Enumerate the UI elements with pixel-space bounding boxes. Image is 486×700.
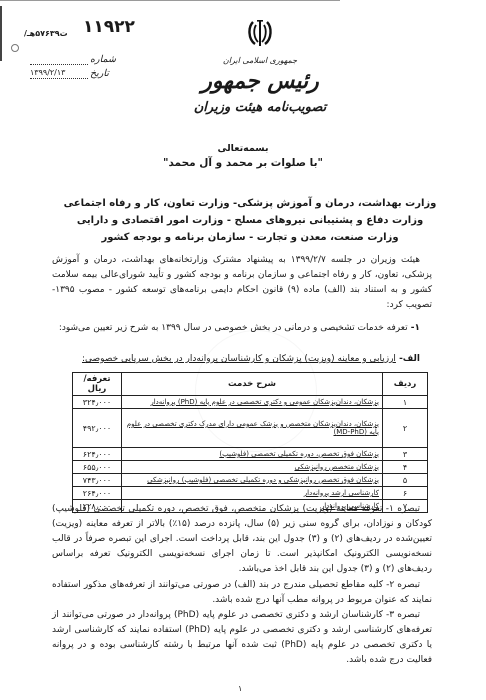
row-description: پزشکان فوق تخصص روانپزشکی و دوره تکمیلی … — [147, 476, 379, 484]
scan-top-border — [0, 0, 340, 4]
row-index: ۳ — [383, 448, 428, 461]
clause-alef-text: ارزیابی و معاینه (ویزیت) پزشکان و کارشنا… — [82, 354, 396, 364]
item-1-paragraph: ۱- تعرفه خدمات تشخیصی و درمانی در بخش خص… — [52, 321, 432, 336]
page-number: ۱ — [238, 684, 242, 693]
country-name: جمهوری اسلامی ایران — [0, 56, 486, 65]
scan-left-edge — [0, 6, 2, 61]
row-index: ۱ — [383, 396, 428, 409]
row-index: ۲ — [383, 409, 428, 448]
intro-paragraph: هیئت وزیران در جلسه ۱۳۹۹/۲/۷ به پیشنهاد … — [52, 253, 432, 313]
row-fee: ۲۶۴٫۰۰۰ — [73, 487, 122, 500]
iran-emblem-icon — [247, 18, 273, 48]
note-2: تبصره ۲- کلیه مقاطع تحصیلی مندرج در بند … — [52, 578, 432, 608]
reference-number: ۱۱۹۲۲ — [83, 17, 135, 37]
row-description: پزشکان فوق تخصص، دوره تکمیلی تخصصی (فلوش… — [219, 450, 379, 458]
punch-hole-icon — [11, 44, 19, 52]
row-description: پزشکان، دندان‌پزشکان متخصص و پزشک عمومی … — [127, 420, 379, 436]
office-title: رئیس جمهور — [0, 68, 486, 94]
reference-code: /ت۵۷۶۳۹هـ — [24, 29, 68, 38]
table-row: ۱ پزشکان، دندان‌پزشکان عمومی و دکتری تخص… — [73, 396, 428, 409]
row-fee: ۷۴۳٫۰۰۰ — [73, 474, 122, 487]
table-row: ۳ پزشکان فوق تخصص، دوره تکمیلی تخصصی (فل… — [73, 448, 428, 461]
row-fee: ۶۲۴٫۰۰۰ — [73, 448, 122, 461]
clause-alef-prefix: الف- — [396, 354, 420, 364]
item-1-prefix: ۱- — [408, 323, 420, 333]
row-description: پزشکان، دندان‌پزشکان عمومی و دکتری تخصصی… — [150, 398, 379, 406]
salawat: "با صلوات بر محمد و آل محمد" — [0, 157, 486, 169]
row-description: پزشکان متخصص روانپزشکی — [295, 463, 380, 471]
addressee-line: وزارت دفاع و پشتیبانی نیروهای مسلح - وزا… — [40, 212, 460, 229]
addressee-line: وزارت بهداشت، درمان و آموزش پزشکی- وزارت… — [40, 195, 460, 212]
clause-alef: الف- ارزیابی و معاینه (ویزیت) پزشکان و ک… — [52, 352, 432, 367]
table-row: ۵ پزشکان فوق تخصص روانپزشکی و دوره تکمیل… — [73, 474, 428, 487]
row-index: ۵ — [383, 474, 428, 487]
header-fee: تعرفه/ ریال — [73, 373, 122, 396]
note-1: تبصره ۱- تعرفه معاینه (ویزیت) پزشکان متخ… — [52, 502, 432, 577]
table-header-row: ردیف شرح خدمت تعرفه/ ریال — [73, 373, 428, 396]
addressees: وزارت بهداشت، درمان و آموزش پزشکی- وزارت… — [40, 195, 460, 246]
row-fee: ۳۲۴٫۰۰۰ — [73, 396, 122, 409]
table-row: ۴ پزشکان متخصص روانپزشکی ۶۵۵٫۰۰۰ — [73, 461, 428, 474]
table-row: ۲ پزشکان، دندان‌پزشکان متخصص و پزشک عموم… — [73, 409, 428, 448]
row-index: ۴ — [383, 461, 428, 474]
table-row: ۶ کارشناسی ارشد پروانه‌دار ۲۶۴٫۰۰۰ — [73, 487, 428, 500]
row-description: کارشناسی ارشد پروانه‌دار — [304, 489, 379, 497]
addressee-line: وزارت صنعت، معدن و تجارت - سازمان برنامه… — [40, 229, 460, 246]
row-index: ۶ — [383, 487, 428, 500]
tariff-table: ردیف شرح خدمت تعرفه/ ریال ۱ پزشکان، دندا… — [72, 372, 428, 513]
row-fee: ۴۹۲٫۰۰۰ — [73, 409, 122, 448]
note-3: تبصره ۳- کارشناسان ارشد و دکتری تخصصی در… — [52, 608, 432, 668]
row-fee: ۶۵۵٫۰۰۰ — [73, 461, 122, 474]
document-type: تصویب‌نامه هیئت وزیران — [0, 100, 486, 115]
item-1-text: تعرفه خدمات تشخیصی و درمانی در بخش خصوصی… — [59, 323, 408, 333]
header-description: شرح خدمت — [122, 373, 383, 396]
header-index: ردیف — [383, 373, 428, 396]
bismillah: بسمه‌تعالی — [0, 143, 486, 154]
